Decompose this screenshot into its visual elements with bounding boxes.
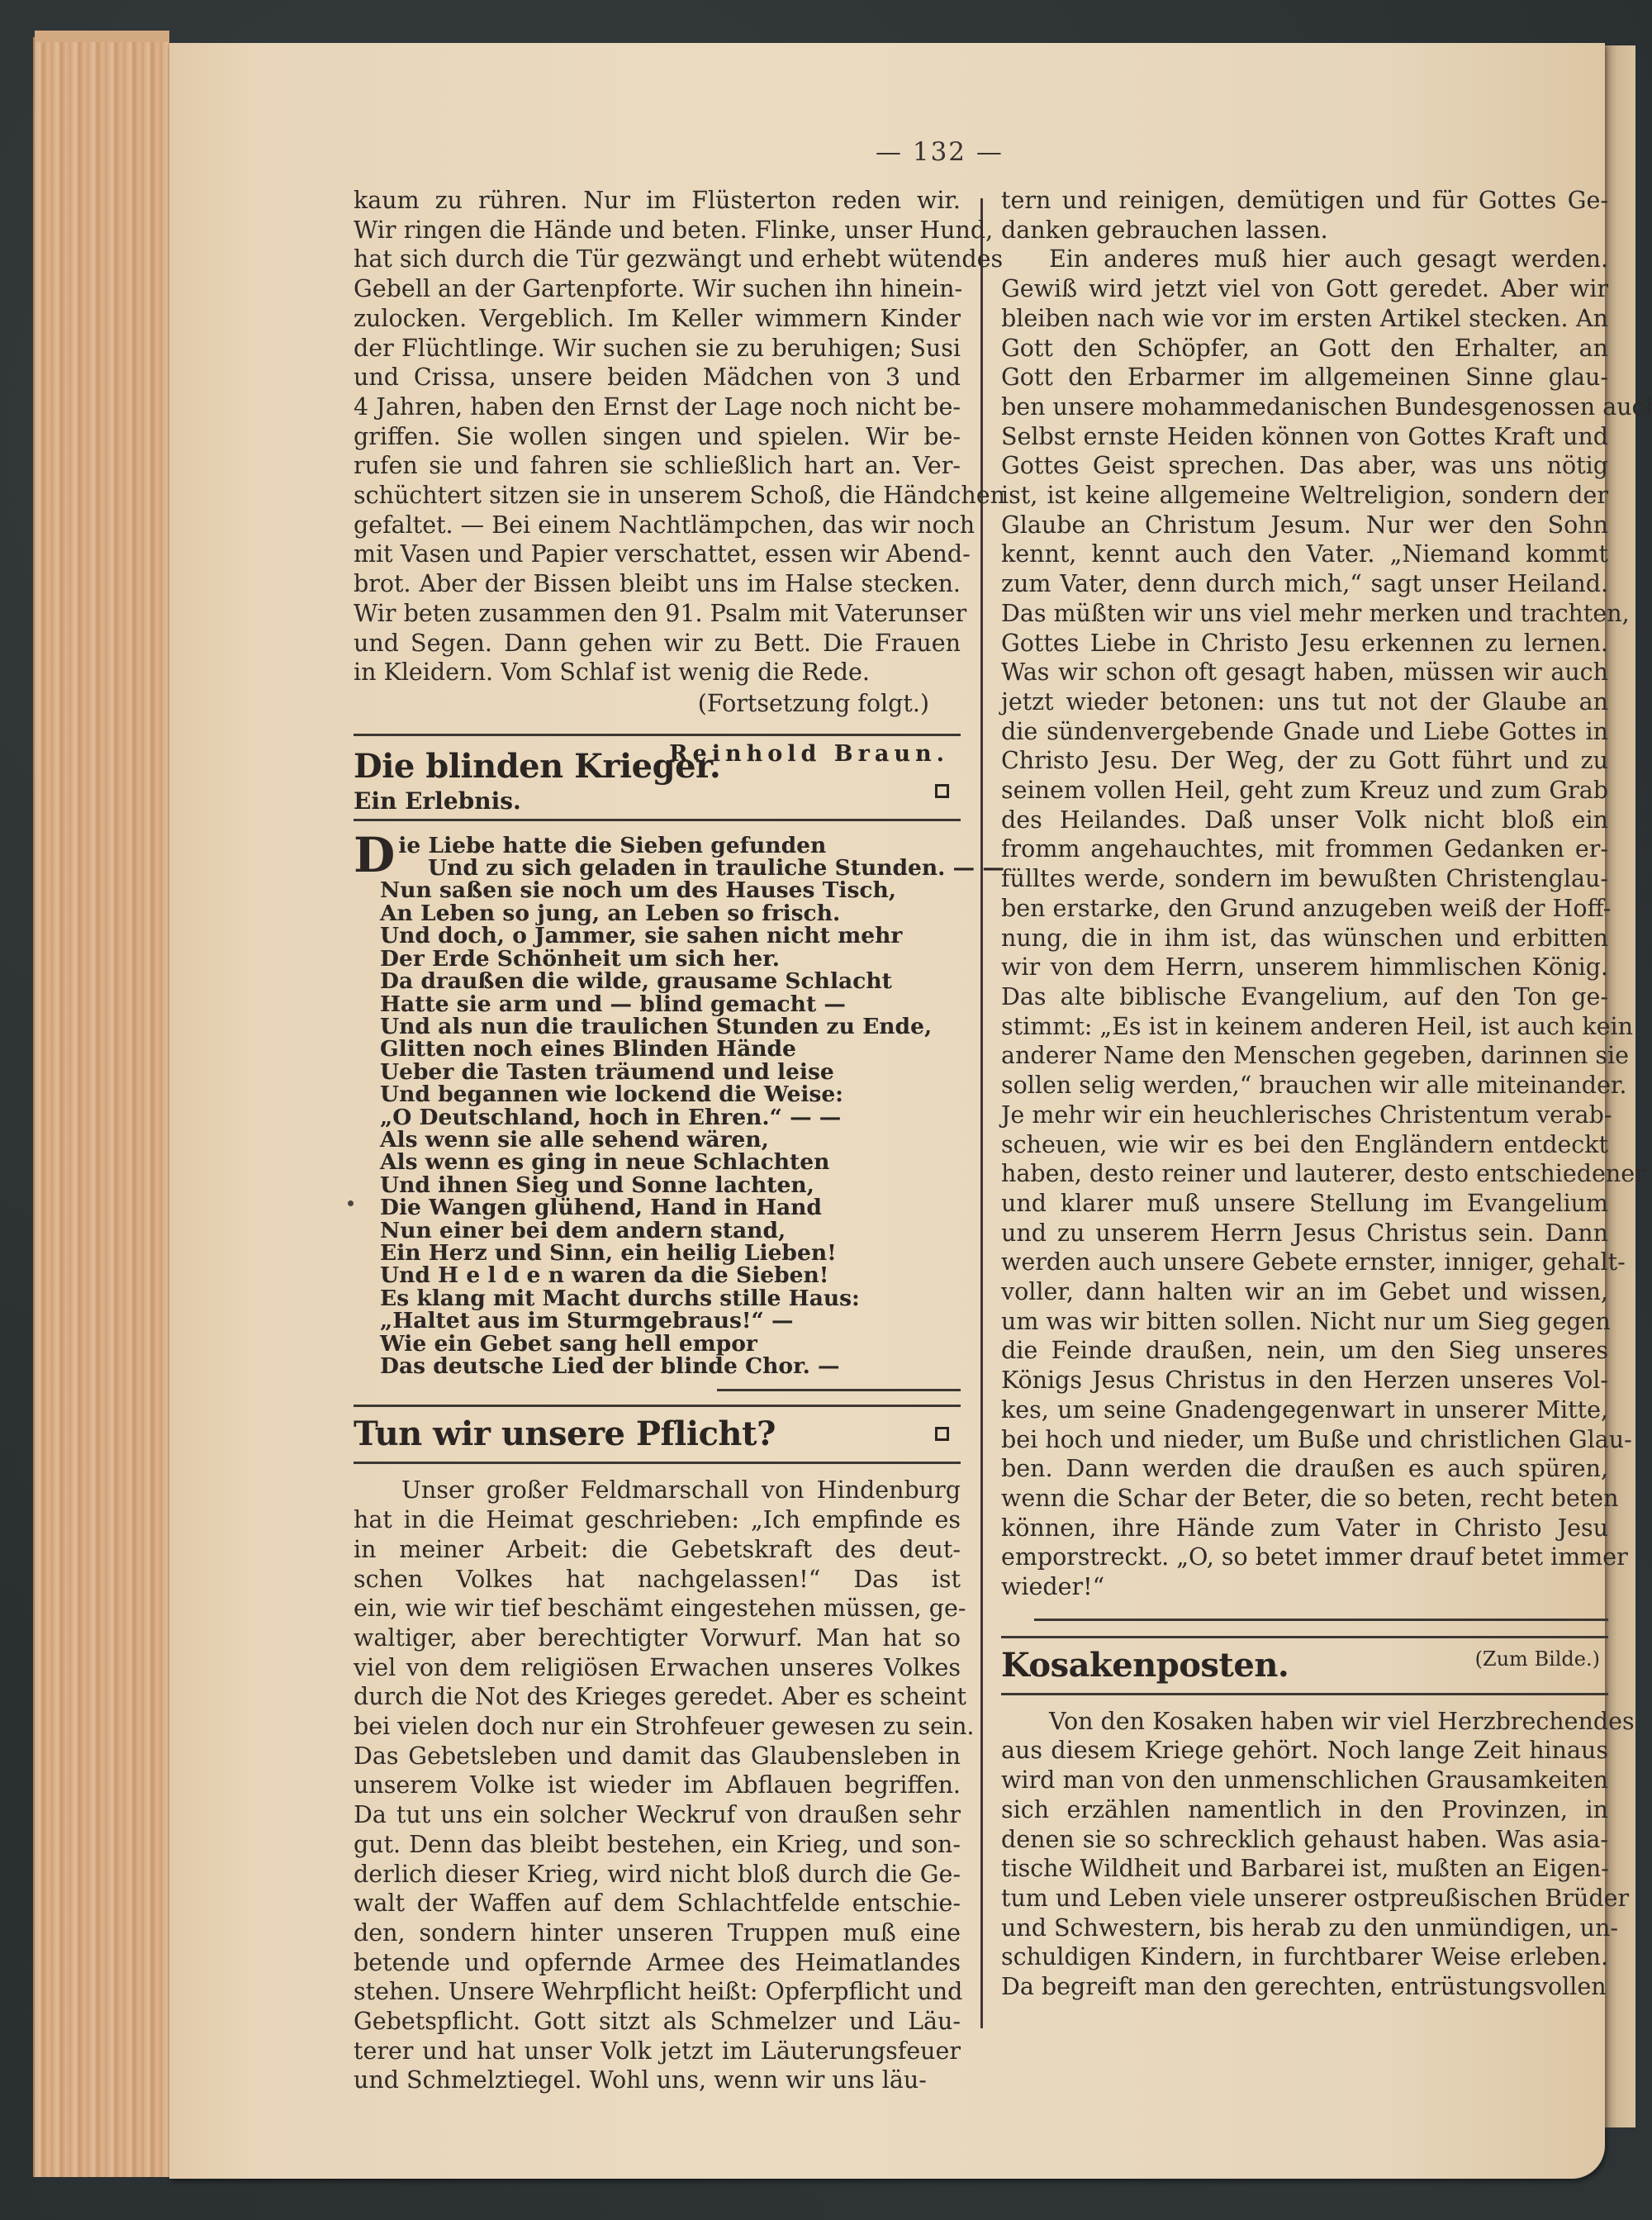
article-line: terer und hat unser Volk jetzt im Läuter…	[354, 2037, 961, 2066]
article-line: danken gebrauchen lassen.	[1001, 216, 1608, 245]
article-line: nung, die in ihm ist, das wünschen und e…	[1001, 924, 1608, 953]
poem-line: Und ihnen Sieg und Sonne lachten,	[380, 1174, 961, 1196]
article2-line: denen sie so schrecklich gehaust haben. …	[1001, 1825, 1608, 1855]
article2-heading: Kosakenposten. (Zum Bilde.)	[1001, 1638, 1608, 1693]
article2-line: tum und Leben viele unserer ostpreußisch…	[1001, 1884, 1608, 1913]
article2-line: und Schwestern, bis herab zu den unmündi…	[1001, 1913, 1608, 1943]
article-line: ist, ist keine allgemeine Weltreligion, …	[1001, 481, 1608, 511]
article-line: sollen selig werden,“ brauchen wir alle …	[1001, 1071, 1608, 1100]
article-continuation: tern und reinigen, demütigen und für Got…	[1001, 186, 1608, 1602]
poem-line: „O Deutschland, hoch in Ehren.“ — —	[380, 1106, 961, 1129]
story-line: Gebell an der Gartenpforte. Wir suchen i…	[354, 274, 961, 304]
article-line: Glaube an Christum Jesum. Nur wer den So…	[1001, 511, 1608, 540]
article-line: anderer Name den Menschen gegeben, darin…	[1001, 1041, 1608, 1071]
poem-line: Hatte sie arm und — blind gemacht —	[380, 993, 961, 1015]
article-line: Das alte biblische Evangelium, auf den T…	[1001, 982, 1608, 1012]
story-line: und Segen. Dann gehen wir zu Bett. Die F…	[354, 629, 961, 658]
story-line: und Crissa, unsere beiden Mädchen von 3 …	[354, 363, 961, 392]
article-line: stimmt: „Es ist in keinem anderen Heil, …	[1001, 1012, 1608, 1042]
article-line: scheuen, wie wir es bei den Engländern e…	[1001, 1130, 1608, 1160]
poem-line: Da draußen die wilde, grausame Schlacht	[380, 970, 961, 992]
article-line: hat in die Heimat geschrieben: „Ich empf…	[354, 1505, 961, 1535]
article-line: des Heilandes. Daß unser Volk nicht bloß…	[1001, 806, 1608, 835]
poem-line: Und zu sich geladen in trauliche Stunden…	[380, 857, 961, 879]
story-continuation: kaum zu rühren. Nur im Flüsterton reden …	[354, 186, 961, 687]
poem-line: Und H e l d e n waren da die Sieben!	[380, 1264, 961, 1286]
article-line: kes, um seine Gnadengegenwart in unserer…	[1001, 1395, 1608, 1425]
article-line: und Schmelztiegel. Wohl uns, wenn wir un…	[354, 2066, 961, 2095]
poem-line: „Haltet aus im Sturmgebraus!“ —	[380, 1310, 961, 1332]
article-line: werden auch unsere Gebete ernster, innig…	[1001, 1248, 1608, 1277]
page-stack-top-edge	[35, 31, 169, 42]
square-box-icon	[935, 1427, 949, 1441]
column-divider	[980, 198, 983, 2028]
article-line: waltiger, aber berechtigter Vorwurf. Man…	[354, 1623, 961, 1653]
poem-line: Die Wangen glühend, Hand in Hand	[380, 1196, 961, 1219]
ink-speck	[348, 1200, 354, 1206]
article-line: Das Gebetsleben und damit das Glaubensle…	[354, 1742, 961, 1771]
article2-line: tische Wildheit und Barbarei ist, mußten…	[1001, 1854, 1608, 1884]
story-line: zulocken. Vergeblich. Im Keller wimmern …	[354, 304, 961, 334]
right-column: tern und reinigen, demütigen und für Got…	[1001, 186, 1608, 2002]
article-line: Königs Jesus Christus in den Herzen unse…	[1001, 1366, 1608, 1395]
article-line: viel von dem religiösen Erwachen unseres…	[354, 1653, 961, 1683]
article-line: Was wir schon oft gesagt haben, müssen w…	[1001, 658, 1608, 687]
section-rule	[717, 1389, 961, 1391]
article-line: voller, dann halten wir an im Gebet und …	[1001, 1277, 1608, 1307]
article-line: zum Vater, denn durch mich,“ sagt unser …	[1001, 569, 1608, 599]
square-box-icon	[935, 784, 949, 798]
article-line: um was wir bitten sollen. Nicht nur um S…	[1001, 1307, 1608, 1337]
article-line: schen Volkes hat nachgelassen!“ Das ist	[354, 1565, 961, 1595]
article-line: seinem vollen Heil, geht zum Kreuz und z…	[1001, 776, 1608, 806]
article-heading: Tun wir unsere Pflicht?	[354, 1407, 961, 1462]
poem-line: Und als nun die traulichen Stunden zu En…	[380, 1015, 961, 1038]
poem-line: Und begannen wie lockend die Weise:	[380, 1083, 961, 1105]
poem-body: D ie Liebe hatte die Sieben gefundenUnd …	[354, 834, 961, 1378]
section-rule	[354, 1462, 961, 1464]
article-line: Christo Jesu. Der Weg, der zu Gott führt…	[1001, 746, 1608, 776]
article-line: Gebetspflicht. Gott sitzt als Schmelzer …	[354, 2007, 961, 2037]
article-line: Gott den Erbarmer im allgemeinen Sinne g…	[1001, 363, 1608, 392]
article-line: Gottes Liebe in Christo Jesu erkennen zu…	[1001, 629, 1608, 658]
section-rule	[1001, 1693, 1608, 1695]
poem-line: Ein Herz und Sinn, ein heilig Lieben!	[380, 1242, 961, 1264]
poem-line: Ueber die Tasten träumend und leise	[380, 1061, 961, 1083]
article-title: Tun wir unsere Pflicht?	[354, 1414, 961, 1455]
article-line: durch die Not des Krieges geredet. Aber …	[354, 1682, 961, 1712]
poem-line: An Leben so jung, an Leben so frisch.	[380, 902, 961, 925]
article2-note: (Zum Bilde.)	[1475, 1645, 1600, 1675]
article-line: ben. Dann werden die draußen es auch spü…	[1001, 1454, 1608, 1484]
article-line: wir von dem Herrn, unserem himmlischen K…	[1001, 953, 1608, 982]
article-line: Gottes Geist sprechen. Das aber, was uns…	[1001, 451, 1608, 481]
article-line: Gott den Schöpfer, an Gott den Erhalter,…	[1001, 334, 1608, 364]
article-line: wenn die Schar der Beter, die so beten, …	[1001, 1484, 1608, 1514]
article-line: den, sondern hinter unseren Truppen muß …	[354, 1918, 961, 1948]
article-line: unserem Volke ist wieder im Abflauen beg…	[354, 1771, 961, 1800]
story-line: hat sich durch die Tür gezwängt und erhe…	[354, 245, 961, 274]
article2-line: schuldigen Kindern, in furchtbarer Weise…	[1001, 1942, 1608, 1972]
left-column: kaum zu rühren. Nur im Flüsterton reden …	[354, 186, 961, 2095]
poem-dropcap: D	[354, 834, 395, 876]
article-line: Je mehr wir ein heuchlerisches Christent…	[1001, 1100, 1608, 1130]
story-line: 4 Jahren, haben den Ernst der Lage noch …	[354, 392, 961, 422]
article-line: bleiben nach wie vor im ersten Artikel s…	[1001, 304, 1608, 334]
article-line: Ein anderes muß hier auch gesagt werden.	[1001, 245, 1608, 274]
poem-line: Das deutsche Lied der blinde Chor. —	[380, 1355, 961, 1377]
article2-line: Da begreift man den gerechten, entrüstun…	[1001, 1972, 1608, 2002]
article-line: fülltes werde, sondern im bewußten Chris…	[1001, 864, 1608, 894]
article-line: und zu unserem Herrn Jesus Christus sein…	[1001, 1219, 1608, 1248]
article-line: ein, wie wir tief beschämt eingestehen m…	[354, 1594, 961, 1623]
story-line: Wir beten zusammen den 91. Psalm mit Vat…	[354, 599, 961, 629]
section-rule	[1034, 1619, 1608, 1621]
article-line: ben unsere mohammedanischen Bundesgenoss…	[1001, 392, 1608, 422]
story-line: mit Vasen und Papier verschattet, essen …	[354, 540, 961, 569]
article-line: jetzt wieder betonen: uns tut not der Gl…	[1001, 687, 1608, 717]
article2-line: wird man von den unmenschlichen Grausamk…	[1001, 1766, 1608, 1795]
article-line: können, ihre Hände zum Vater in Christo …	[1001, 1514, 1608, 1543]
poem-line: Als wenn es ging in neue Schlachten	[380, 1151, 961, 1173]
continuation-note: (Fortsetzung folgt.)	[354, 689, 961, 719]
article-line: betende und opfernde Armee des Heimatlan…	[354, 1948, 961, 1978]
article-line: derlich dieser Krieg, wird nicht bloß du…	[354, 1860, 961, 1890]
article-line: Da tut uns ein solcher Weckruf von drauß…	[354, 1800, 961, 1830]
article-line: emporstreckt. „O, so betet immer drauf b…	[1001, 1543, 1608, 1572]
article2-line: Von den Kosaken haben wir viel Herzbrech…	[1001, 1707, 1608, 1737]
story-line: der Flüchtlinge. Wir suchen sie zu beruh…	[354, 334, 961, 364]
poem-author: Reinhold Braun.	[669, 739, 949, 769]
poem-subtitle: Ein Erlebnis.	[354, 787, 961, 815]
article-body: Unser großer Feldmarschall von Hindenbur…	[354, 1476, 961, 2095]
poem-line: Glitten noch eines Blinden Hände	[380, 1038, 961, 1060]
article-line: in meiner Arbeit: die Gebetskraft des de…	[354, 1535, 961, 1565]
article2-line: aus diesem Kriege gehört. Noch lange Zei…	[1001, 1736, 1608, 1766]
article-line: haben, desto reiner und lauterer, desto …	[1001, 1159, 1608, 1189]
story-line: rufen sie und fahren sie schließlich har…	[354, 451, 961, 481]
story-line: griffen. Sie wollen singen und spielen. …	[354, 422, 961, 452]
article-line: fromm angehauchtes, mit frommen Gedanken…	[1001, 834, 1608, 864]
article-line: die sündenvergebende Gnade und Liebe Got…	[1001, 717, 1608, 747]
article-line: wieder!“	[1001, 1572, 1608, 1602]
article-line: die Feinde draußen, nein, um den Sieg un…	[1001, 1336, 1608, 1366]
article-line: stehen. Unsere Wehrpflicht heißt: Opferp…	[354, 1977, 961, 2007]
poem-line: Und doch, o Jammer, sie sahen nicht mehr	[380, 925, 961, 947]
story-line: schüchtert sitzen sie in unserem Schoß, …	[354, 481, 961, 511]
poem-line: Nun einer bei dem andern stand,	[380, 1219, 961, 1242]
story-line: Wir ringen die Hände und beten. Flinke, …	[354, 216, 961, 245]
poem-line: Als wenn sie alle sehend wären,	[380, 1129, 961, 1151]
poem-line: ie Liebe hatte die Sieben gefunden	[380, 834, 961, 857]
article-line: Gewiß wird jetzt viel von Gott geredet. …	[1001, 274, 1608, 304]
page-number: — 132 —	[876, 137, 1041, 167]
poem-heading: Die blinden Krieger. Reinhold Braun. Ein…	[354, 736, 961, 815]
page-edges-stack	[33, 37, 169, 2177]
article-line: und klarer muß unsere Stellung im Evange…	[1001, 1189, 1608, 1219]
poem-line: Es klang mit Macht durchs stille Haus:	[380, 1287, 961, 1310]
article-line: bei hoch und nieder, um Buße und christl…	[1001, 1425, 1608, 1455]
article-line: gut. Denn das bleibt bestehen, ein Krieg…	[354, 1830, 961, 1860]
article-line: kennt, kennt auch den Vater. „Niemand ko…	[1001, 540, 1608, 569]
article-line: Selbst ernste Heiden können von Gottes K…	[1001, 422, 1608, 452]
article-line: walt der Waffen auf dem Schlachtfelde en…	[354, 1889, 961, 1918]
article-line: Das müßten wir uns viel mehr merken und …	[1001, 599, 1608, 629]
article2-line: sich erzählen namentlich in den Provinze…	[1001, 1795, 1608, 1825]
story-line: brot. Aber der Bissen bleibt uns im Hals…	[354, 569, 961, 599]
poem-lines: ie Liebe hatte die Sieben gefundenUnd zu…	[380, 834, 961, 1378]
article-line: ben erstarke, den Grund anzugeben weiß d…	[1001, 894, 1608, 924]
story-line: gefaltet. — Bei einem Nachtlämpchen, das…	[354, 511, 961, 540]
article-line: tern und reinigen, demütigen und für Got…	[1001, 186, 1608, 216]
story-line: in Kleidern. Vom Schlaf ist wenig die Re…	[354, 658, 961, 687]
poem-line: Der Erde Schönheit um sich her.	[380, 948, 961, 970]
poem-line: Wie ein Gebet sang hell empor	[380, 1333, 961, 1355]
story-line: kaum zu rühren. Nur im Flüsterton reden …	[354, 186, 961, 216]
poem-line: Nun saßen sie noch um des Hauses Tisch,	[380, 879, 961, 901]
article-line: bei vielen doch nur ein Strohfeuer gewes…	[354, 1712, 961, 1742]
article-line: Unser großer Feldmarschall von Hindenbur…	[354, 1476, 961, 1505]
section-rule	[354, 819, 961, 821]
article2-body: Von den Kosaken haben wir viel Herzbrech…	[1001, 1707, 1608, 2002]
